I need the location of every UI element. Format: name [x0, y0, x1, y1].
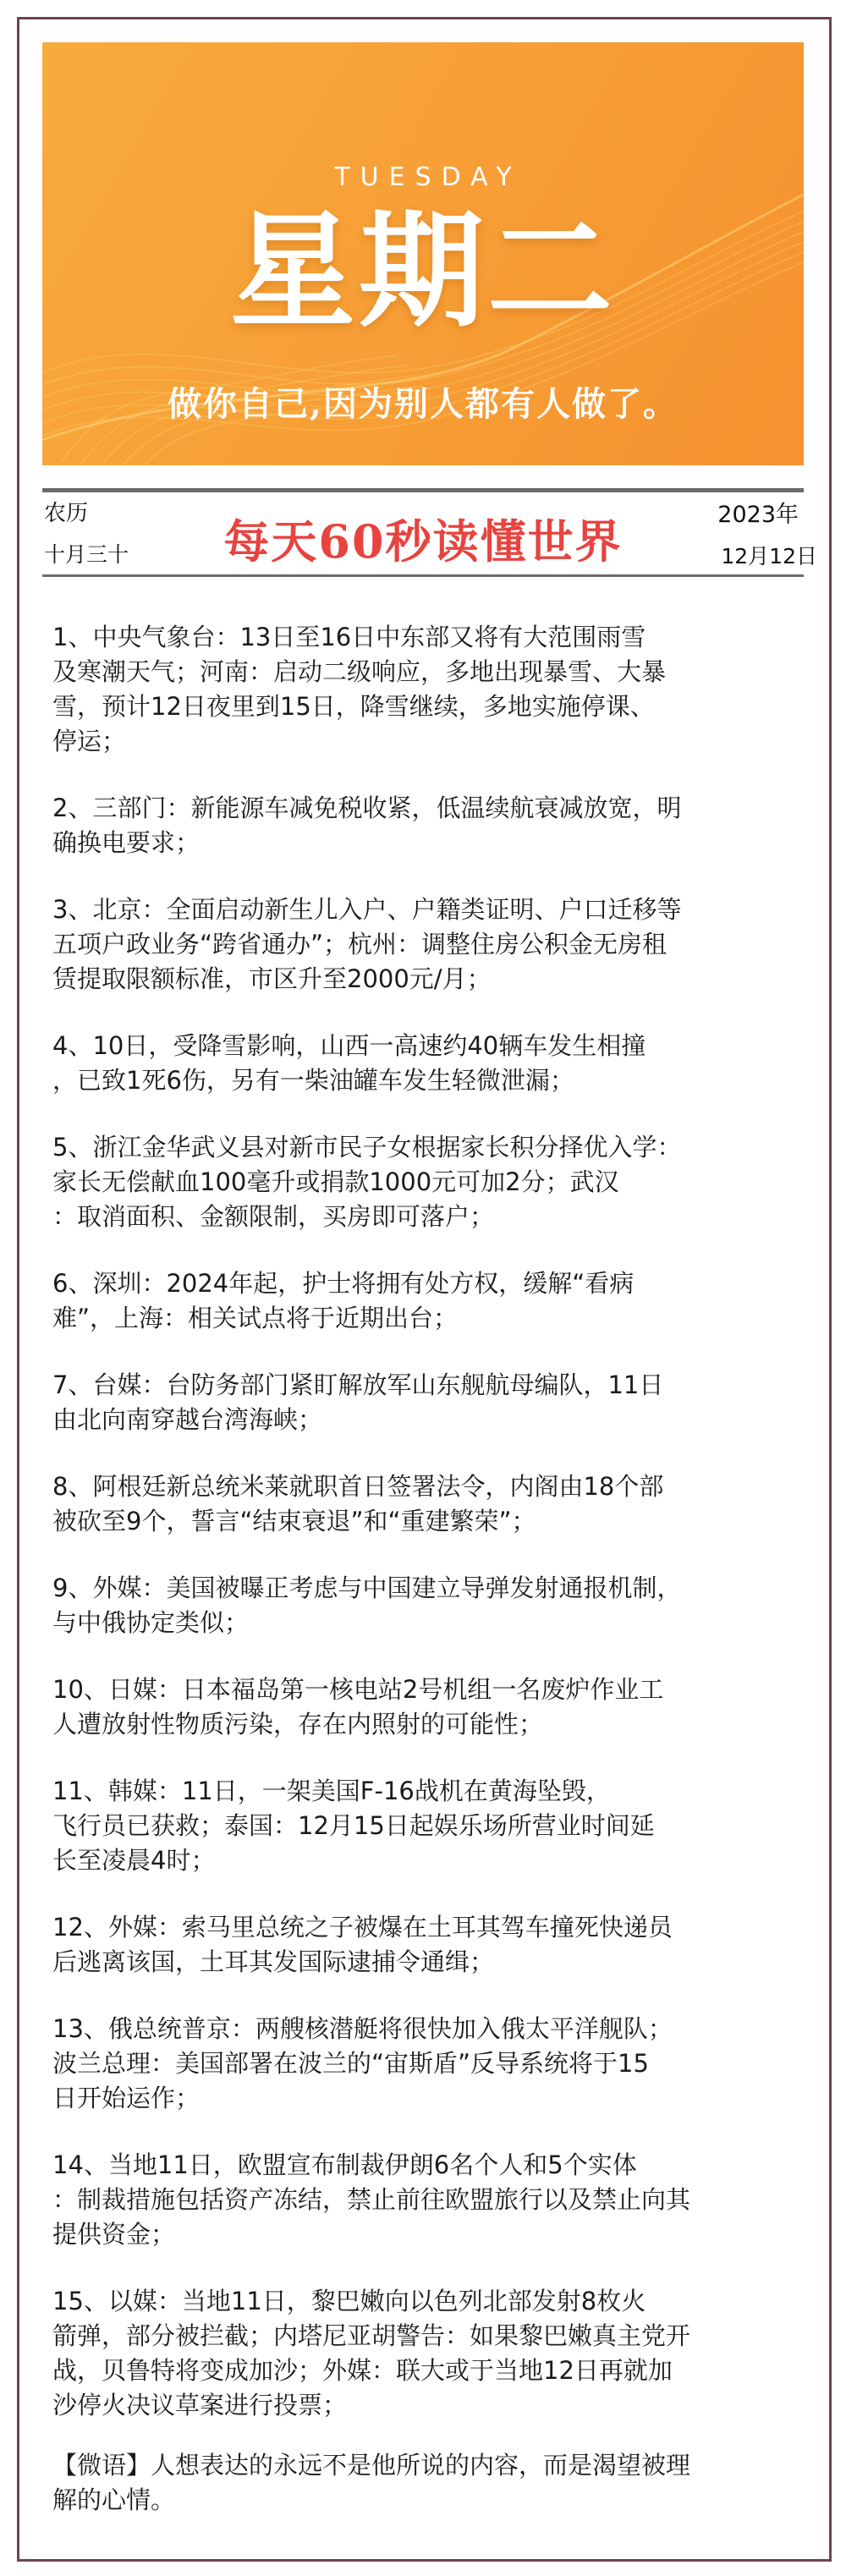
- news-line: 飞行员已获救；泰国：12月15日起娱乐场所营业时间延: [52, 1809, 814, 1843]
- news-line: 2、三部门：新能源车减免税收紧，低温续航衰减放宽，明: [52, 791, 814, 826]
- news-line: ：取消面积、金额限制，买房即可落户；: [52, 1200, 814, 1234]
- weekday-banner: TUESDAY 星期二 做你自己,因为别人都有人做了。: [42, 42, 804, 465]
- news-line: 9、外媒：美国被曝正考虑与中国建立导弹发射通报机制，: [52, 1571, 814, 1606]
- news-item: 2、三部门：新能源车减免税收紧，低温续航衰减放宽，明 确换电要求；: [52, 791, 814, 860]
- news-item: 9、外媒：美国被曝正考虑与中国建立导弹发射通报机制， 与中俄协定类似；: [52, 1571, 814, 1640]
- news-item: 5、浙江金华武义县对新市民子女根据家长积分择优入学： 家长无偿献血100毫升或捐…: [52, 1130, 814, 1234]
- news-line: 雪，预计12日夜里到15日，降雪继续，多地实施停课、: [52, 689, 814, 724]
- news-line: 15、以媒：当地11日，黎巴嫩向以色列北部发射8枚火: [52, 2284, 814, 2319]
- month-day-label: 12月12日: [721, 540, 817, 570]
- year-label: 2023年: [717, 496, 799, 529]
- news-item: 6、深圳：2024年起，护士将拥有处方权，缓解“看病 难”，上海：相关试点将于近…: [52, 1266, 814, 1336]
- news-line: 及寒潮天气；河南：启动二级响应，多地出现暴雪、大暴: [52, 655, 814, 689]
- news-line: 13、俄总统普京：两艘核潜艇将很快加入俄太平洋舰队；: [52, 2012, 814, 2046]
- quote-line: 【微语】人想表达的永远不是他所说的内容，而是渴望被理: [52, 2448, 814, 2483]
- news-item: 4、10日，受降雪影响，山西一高速约40辆车发生相撞 ，已致1死6伤，另有一柴油…: [52, 1029, 814, 1098]
- news-item: 11、韩媒：11日，一架美国F-16战机在黄海坠毁， 飞行员已获救；泰国：12月…: [52, 1774, 814, 1878]
- news-line: 五项户政业务“跨省通办”；杭州：调整住房公积金无房租: [52, 927, 814, 962]
- news-line: 4、10日，受降雪影响，山西一高速约40辆车发生相撞: [52, 1029, 814, 1063]
- news-item: 14、当地11日，欧盟宣布制裁伊朗6名个人和5个实体 ：制裁措施包括资产冻结，禁…: [52, 2148, 814, 2252]
- page-title: 每天60秒读懂世界: [211, 506, 634, 571]
- news-line: 6、深圳：2024年起，护士将拥有处方权，缓解“看病: [52, 1266, 814, 1301]
- news-item: 1、中央气象台：13日至16日中东部又将有大范围雨雪 及寒潮天气；河南：启动二级…: [52, 620, 814, 759]
- motto-text: 做你自己,因为别人都有人做了。: [42, 377, 804, 426]
- news-line: 8、阿根廷新总统米莱就职首日签署法令，内阁由18个部: [52, 1469, 814, 1504]
- news-line: 赁提取限额标准，市区升至2000元/月；: [52, 962, 814, 997]
- news-line: 3、北京：全面启动新生儿入户、户籍类证明、户口迁移等: [52, 893, 814, 927]
- news-line: 日开始运作；: [52, 2081, 814, 2116]
- news-item: 13、俄总统普京：两艘核潜艇将很快加入俄太平洋舰队； 波兰总理：美国部署在波兰的…: [52, 2012, 814, 2116]
- news-line: 沙停火决议草案进行投票；: [52, 2388, 814, 2423]
- news-line: 7、台媒：台防务部门紧盯解放军山东舰航母编队，11日: [52, 1368, 814, 1403]
- news-line: 由北向南穿越台湾海峡；: [52, 1403, 814, 1437]
- news-list: 1、中央气象台：13日至16日中东部又将有大范围雨雪 及寒潮天气；河南：启动二级…: [52, 620, 814, 2550]
- news-line: 家长无偿献血100毫升或捐款1000元可加2分；武汉: [52, 1165, 814, 1200]
- news-line: 箭弹，部分被拦截；内塔尼亚胡警告：如果黎巴嫩真主党开: [52, 2319, 814, 2354]
- news-line: ，已致1死6伤，另有一柴油罐车发生轻微泄漏；: [52, 1063, 814, 1098]
- news-item: 12、外媒：索马里总统之子被爆在土耳其驾车撞死快递员 后逃离该国，土耳其发国际逮…: [52, 1910, 814, 1980]
- news-line: 人遭放射性物质污染，存在内照射的可能性；: [52, 1707, 814, 1742]
- news-line: 10、日媒：日本福岛第一核电站2号机组一名废炉作业工: [52, 1672, 814, 1707]
- quote-line: 解的心情。: [52, 2483, 814, 2518]
- news-line: 难”，上海：相关试点将于近期出台；: [52, 1301, 814, 1336]
- news-line: 长至凌晨4时；: [52, 1843, 814, 1878]
- lunar-date: 十月三十: [44, 538, 129, 568]
- news-line: 5、浙江金华武义县对新市民子女根据家长积分择优入学：: [52, 1130, 814, 1165]
- news-line: 停运；: [52, 724, 814, 759]
- news-line: ：制裁措施包括资产冻结，禁止前往欧盟旅行以及禁止向其: [52, 2183, 814, 2217]
- news-line: 确换电要求；: [52, 826, 814, 860]
- news-line: 12、外媒：索马里总统之子被爆在土耳其驾车撞死快递员: [52, 1910, 814, 1945]
- news-line: 11、韩媒：11日，一架美国F-16战机在黄海坠毁，: [52, 1774, 814, 1809]
- news-line: 与中俄协定类似；: [52, 1606, 814, 1640]
- daily-quote: 【微语】人想表达的永远不是他所说的内容，而是渴望被理 解的心情。: [52, 2448, 814, 2518]
- news-item: 7、台媒：台防务部门紧盯解放军山东舰航母编队，11日 由北向南穿越台湾海峡；: [52, 1368, 814, 1437]
- news-line: 战，贝鲁特将变成加沙；外媒：联大或于当地12日再就加: [52, 2354, 814, 2388]
- header-bottom-rule: [42, 574, 804, 577]
- news-line: 波兰总理：美国部署在波兰的“宙斯盾”反导系统将于15: [52, 2046, 814, 2081]
- news-item: 3、北京：全面启动新生儿入户、户籍类证明、户口迁移等 五项户政业务“跨省通办”；…: [52, 893, 814, 997]
- news-line: 14、当地11日，欧盟宣布制裁伊朗6名个人和5个实体: [52, 2148, 814, 2183]
- lunar-calendar-label: 农历: [44, 496, 88, 527]
- news-line: 后逃离该国，土耳其发国际逮捕令通缉；: [52, 1945, 814, 1980]
- news-line: 提供资金；: [52, 2217, 814, 2252]
- news-item: 10、日媒：日本福岛第一核电站2号机组一名废炉作业工 人遭放射性物质污染，存在内…: [52, 1672, 814, 1742]
- news-line: 1、中央气象台：13日至16日中东部又将有大范围雨雪: [52, 620, 814, 655]
- news-line: 被砍至9个，誓言“结束衰退”和“重建繁荣”；: [52, 1504, 814, 1539]
- weekday-english: TUESDAY: [42, 162, 804, 192]
- header-top-rule: [42, 488, 804, 492]
- weekday-chinese: 星期二: [42, 199, 804, 343]
- news-item: 8、阿根廷新总统米莱就职首日签署法令，内阁由18个部 被砍至9个，誓言“结束衰退…: [52, 1469, 814, 1539]
- news-item: 15、以媒：当地11日，黎巴嫩向以色列北部发射8枚火 箭弹，部分被拦截；内塔尼亚…: [52, 2284, 814, 2423]
